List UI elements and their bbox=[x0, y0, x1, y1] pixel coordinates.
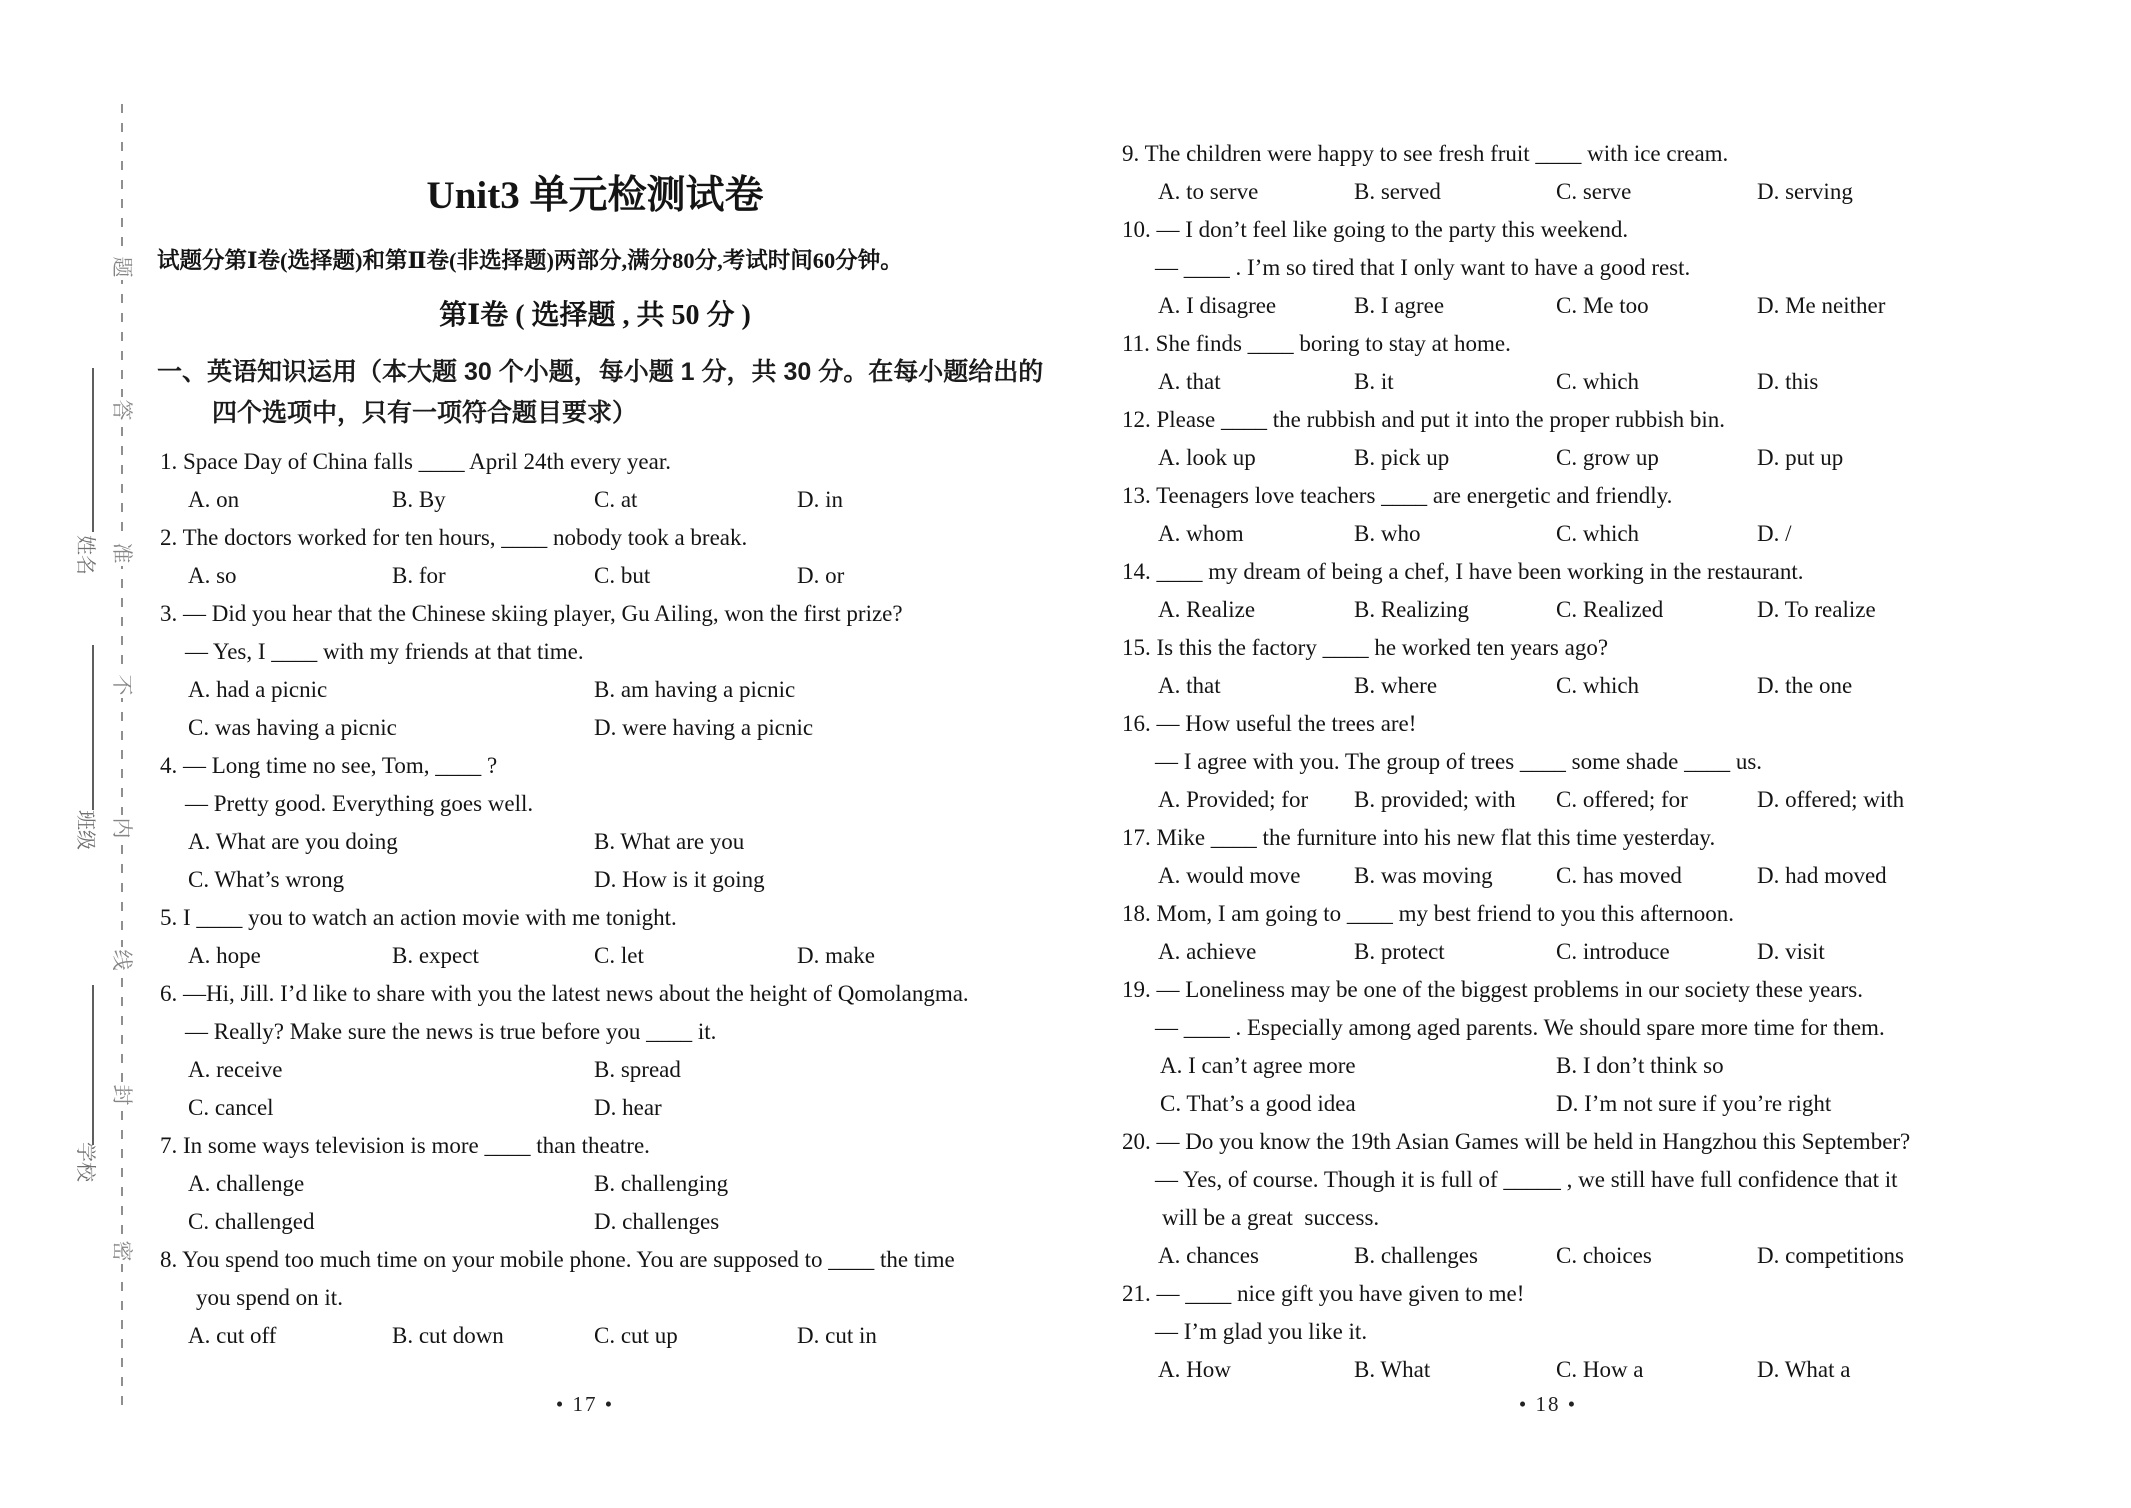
question-line: 17. Mike ____ the furniture into his new… bbox=[1122, 819, 1715, 857]
question-line: — Yes, of course. Though it is full of _… bbox=[1155, 1161, 1898, 1199]
part-one-heading: 第Ⅰ卷 ( 选择题 , 共 50 分 ) bbox=[155, 293, 1035, 333]
option-label: B. who bbox=[1354, 515, 1420, 553]
option-label: C. but bbox=[594, 557, 650, 595]
option-label: C. introduce bbox=[1556, 933, 1670, 971]
option-label: B. served bbox=[1354, 173, 1441, 211]
option-label: B. where bbox=[1354, 667, 1437, 705]
option-label: B. Realizing bbox=[1354, 591, 1469, 629]
option-label: D. What a bbox=[1757, 1351, 1850, 1389]
option-label: A. would move bbox=[1158, 857, 1300, 895]
option-label: C. serve bbox=[1556, 173, 1631, 211]
student-info-label: 姓名 bbox=[72, 530, 98, 580]
question-line: 16. — How useful the trees are! bbox=[1122, 705, 1416, 743]
option-label: D. Me neither bbox=[1757, 287, 1885, 325]
option-label: D. make bbox=[797, 937, 875, 975]
option-label: D. / bbox=[1757, 515, 1792, 553]
question-line: — Really? Make sure the news is true bef… bbox=[185, 1013, 716, 1051]
option-label: D. hear bbox=[594, 1089, 662, 1127]
question-line: 13. Teenagers love teachers ____ are ene… bbox=[1122, 477, 1672, 515]
option-label: B. provided; with bbox=[1354, 781, 1516, 819]
option-label: A. Provided; for bbox=[1158, 781, 1308, 819]
question-line: you spend on it. bbox=[196, 1279, 343, 1317]
question-line: — ____ . I’m so tired that I only want t… bbox=[1155, 249, 1690, 287]
question-line: 10. — I don’t feel like going to the par… bbox=[1122, 211, 1628, 249]
option-label: A. so bbox=[188, 557, 237, 595]
option-label: C. Realized bbox=[1556, 591, 1663, 629]
option-label: D. To realize bbox=[1757, 591, 1876, 629]
exam-subtitle: 试题分第Ⅰ卷(选择题)和第Ⅱ卷(非选择题)两部分,满分80分,考试时间60分钟。 bbox=[157, 243, 1047, 275]
student-info-label: 学校 bbox=[72, 1137, 98, 1187]
option-label: C. challenged bbox=[188, 1203, 314, 1241]
option-label: C. which bbox=[1556, 515, 1639, 553]
question-line: 11. She finds ____ boring to stay at hom… bbox=[1122, 325, 1511, 363]
question-line: 18. Mom, I am going to ____ my best frie… bbox=[1122, 895, 1734, 933]
option-label: D. had moved bbox=[1757, 857, 1887, 895]
option-label: D. were having a picnic bbox=[594, 709, 813, 747]
option-label: A. hope bbox=[188, 937, 261, 975]
option-label: A. look up bbox=[1158, 439, 1256, 477]
option-label: C. which bbox=[1556, 363, 1639, 401]
seal-char: 不 bbox=[109, 672, 135, 698]
option-label: C. has moved bbox=[1556, 857, 1682, 895]
question-line: 1. Space Day of China falls ____ April 2… bbox=[160, 443, 671, 481]
class-fill-line bbox=[92, 645, 94, 810]
question-line: — I agree with you. The group of trees _… bbox=[1155, 743, 1762, 781]
seal-dashed-line bbox=[121, 104, 123, 1410]
option-label: D. offered; with bbox=[1757, 781, 1904, 819]
option-label: B. cut down bbox=[392, 1317, 504, 1355]
option-label: C. which bbox=[1556, 667, 1639, 705]
question-line: 2. The doctors worked for ten hours, ___… bbox=[160, 519, 747, 557]
option-label: A. Realize bbox=[1158, 591, 1255, 629]
option-label: D. in bbox=[797, 481, 843, 519]
seal-char: 密 bbox=[109, 1238, 135, 1264]
question-line: 19. — Loneliness may be one of the bigge… bbox=[1122, 971, 1863, 1009]
section-heading-line1: 一、英语知识运用（本大题 30 个小题，每小题 1 分，共 30 分。在每小题给… bbox=[157, 352, 1043, 388]
option-label: B. I don’t think so bbox=[1556, 1047, 1724, 1085]
question-line: 6. —Hi, Jill. I’d like to share with you… bbox=[160, 975, 969, 1013]
option-label: B. protect bbox=[1354, 933, 1445, 971]
seal-char: 答 bbox=[109, 397, 135, 423]
question-line: 12. Please ____ the rubbish and put it i… bbox=[1122, 401, 1725, 439]
exam-paper-sheet: 题答准不内线封密 姓名班级学校 Unit3 单元检测试卷 试题分第Ⅰ卷(选择题)… bbox=[0, 0, 2131, 1508]
option-label: B. for bbox=[392, 557, 446, 595]
option-label: D. competitions bbox=[1757, 1237, 1904, 1275]
option-label: C. was having a picnic bbox=[188, 709, 397, 747]
option-label: A. challenge bbox=[188, 1165, 304, 1203]
option-label: A. I can’t agree more bbox=[1160, 1047, 1356, 1085]
seal-char: 题 bbox=[109, 254, 135, 280]
question-line: — Pretty good. Everything goes well. bbox=[185, 785, 533, 823]
option-label: D. serving bbox=[1757, 173, 1853, 211]
question-line: 8. You spend too much time on your mobil… bbox=[160, 1241, 955, 1279]
option-label: C. How a bbox=[1556, 1351, 1644, 1389]
page-number-18: • 18 • bbox=[1118, 1392, 1978, 1417]
option-label: A. had a picnic bbox=[188, 671, 327, 709]
option-label: A. that bbox=[1158, 667, 1221, 705]
option-label: C. Me too bbox=[1556, 287, 1649, 325]
option-label: A. that bbox=[1158, 363, 1221, 401]
question-line: — Yes, I ____ with my friends at that ti… bbox=[185, 633, 584, 671]
option-label: D. challenges bbox=[594, 1203, 719, 1241]
option-label: C. choices bbox=[1556, 1237, 1652, 1275]
question-line: — ____ . Especially among aged parents. … bbox=[1155, 1009, 1885, 1047]
name-fill-line bbox=[92, 368, 94, 532]
seal-char: 封 bbox=[109, 1082, 135, 1108]
school-fill-line bbox=[92, 985, 94, 1145]
option-label: A. achieve bbox=[1158, 933, 1256, 971]
option-label: D. cut in bbox=[797, 1317, 877, 1355]
option-label: D. visit bbox=[1757, 933, 1825, 971]
option-label: A. on bbox=[188, 481, 239, 519]
student-info-label: 班级 bbox=[72, 805, 98, 855]
option-label: B. was moving bbox=[1354, 857, 1493, 895]
option-label: C. grow up bbox=[1556, 439, 1659, 477]
option-label: C. That’s a good idea bbox=[1160, 1085, 1356, 1123]
option-label: B. spread bbox=[594, 1051, 681, 1089]
question-line: 4. — Long time no see, Tom, ____ ? bbox=[160, 747, 497, 785]
seal-char: 准 bbox=[109, 540, 135, 566]
option-label: A. whom bbox=[1158, 515, 1244, 553]
option-label: D. I’m not sure if you’re right bbox=[1556, 1085, 1831, 1123]
seal-char: 内 bbox=[109, 815, 135, 841]
question-line: 14. ____ my dream of being a chef, I hav… bbox=[1122, 553, 1803, 591]
question-line: 20. — Do you know the 19th Asian Games w… bbox=[1122, 1123, 1910, 1161]
option-label: B. it bbox=[1354, 363, 1394, 401]
option-label: C. cancel bbox=[188, 1089, 274, 1127]
option-label: D. or bbox=[797, 557, 844, 595]
question-line: will be a great success. bbox=[1162, 1199, 1379, 1237]
option-label: A. to serve bbox=[1158, 173, 1258, 211]
option-label: C. offered; for bbox=[1556, 781, 1688, 819]
option-label: D. this bbox=[1757, 363, 1818, 401]
option-label: A. cut off bbox=[188, 1317, 276, 1355]
question-line: 15. Is this the factory ____ he worked t… bbox=[1122, 629, 1608, 667]
option-label: C. let bbox=[594, 937, 644, 975]
option-label: D. the one bbox=[1757, 667, 1852, 705]
page-number-17: • 17 • bbox=[155, 1392, 1015, 1417]
section-heading-line2: 四个选项中，只有一项符合题目要求） bbox=[212, 393, 637, 429]
question-line: 3. — Did you hear that the Chinese skiin… bbox=[160, 595, 903, 633]
option-label: C. at bbox=[594, 481, 637, 519]
question-line: 9. The children were happy to see fresh … bbox=[1122, 135, 1728, 173]
option-label: B. pick up bbox=[1354, 439, 1449, 477]
option-label: B. By bbox=[392, 481, 446, 519]
option-label: B. am having a picnic bbox=[594, 671, 795, 709]
seal-char: 线 bbox=[109, 947, 135, 973]
option-label: A. What are you doing bbox=[188, 823, 398, 861]
option-label: B. I agree bbox=[1354, 287, 1444, 325]
option-label: B. expect bbox=[392, 937, 479, 975]
page-title: Unit3 单元检测试卷 bbox=[155, 164, 1035, 220]
option-label: B. challenges bbox=[1354, 1237, 1478, 1275]
question-line: 21. — ____ nice gift you have given to m… bbox=[1122, 1275, 1524, 1313]
option-label: B. What are you bbox=[594, 823, 744, 861]
question-line: — I’m glad you like it. bbox=[1155, 1313, 1367, 1351]
option-label: B. challenging bbox=[594, 1165, 728, 1203]
question-line: 5. I ____ you to watch an action movie w… bbox=[160, 899, 677, 937]
option-label: C. What’s wrong bbox=[188, 861, 344, 899]
option-label: D. put up bbox=[1757, 439, 1843, 477]
option-label: D. How is it going bbox=[594, 861, 765, 899]
question-line: 7. In some ways television is more ____ … bbox=[160, 1127, 650, 1165]
option-label: A. chances bbox=[1158, 1237, 1259, 1275]
option-label: B. What bbox=[1354, 1351, 1430, 1389]
option-label: A. receive bbox=[188, 1051, 283, 1089]
option-label: A. How bbox=[1158, 1351, 1231, 1389]
option-label: A. I disagree bbox=[1158, 287, 1276, 325]
option-label: C. cut up bbox=[594, 1317, 678, 1355]
